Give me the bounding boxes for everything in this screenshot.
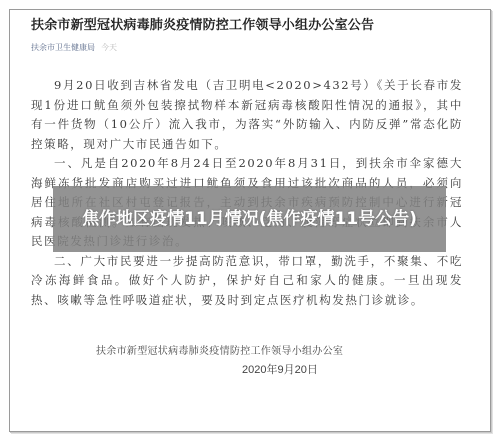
publish-date: 今天 [101, 43, 117, 52]
paragraph-intro: 9月20日收到吉林省发电（吉卫明电<2020>432号）《关于长春市发现1份进口… [31, 76, 463, 154]
source-link[interactable]: 扶余市卫生健康局 [31, 43, 95, 52]
document-title: 扶余市新型冠状病毒肺炎疫情防控工作领导小组办公室公告 [31, 14, 374, 33]
document-meta: 扶余市卫生健康局今天 [31, 42, 117, 53]
signature-date: 2020年9月20日 [242, 361, 318, 377]
caption-overlay: 焦作地区疫情11月情况(焦作疫情11号公告) [53, 186, 446, 252]
overlay-caption: 焦作地区疫情11月情况(焦作疫情11号公告) [65, 209, 435, 230]
signature-organization: 扶余市新型冠状病毒肺炎疫情防控工作领导小组办公室 [96, 342, 343, 357]
paragraph-item-2: 二、广大市民要进一步提高防范意识，带口罩，勤洗手，不聚集、不吃冷冻海鲜食品。做好… [31, 252, 463, 311]
